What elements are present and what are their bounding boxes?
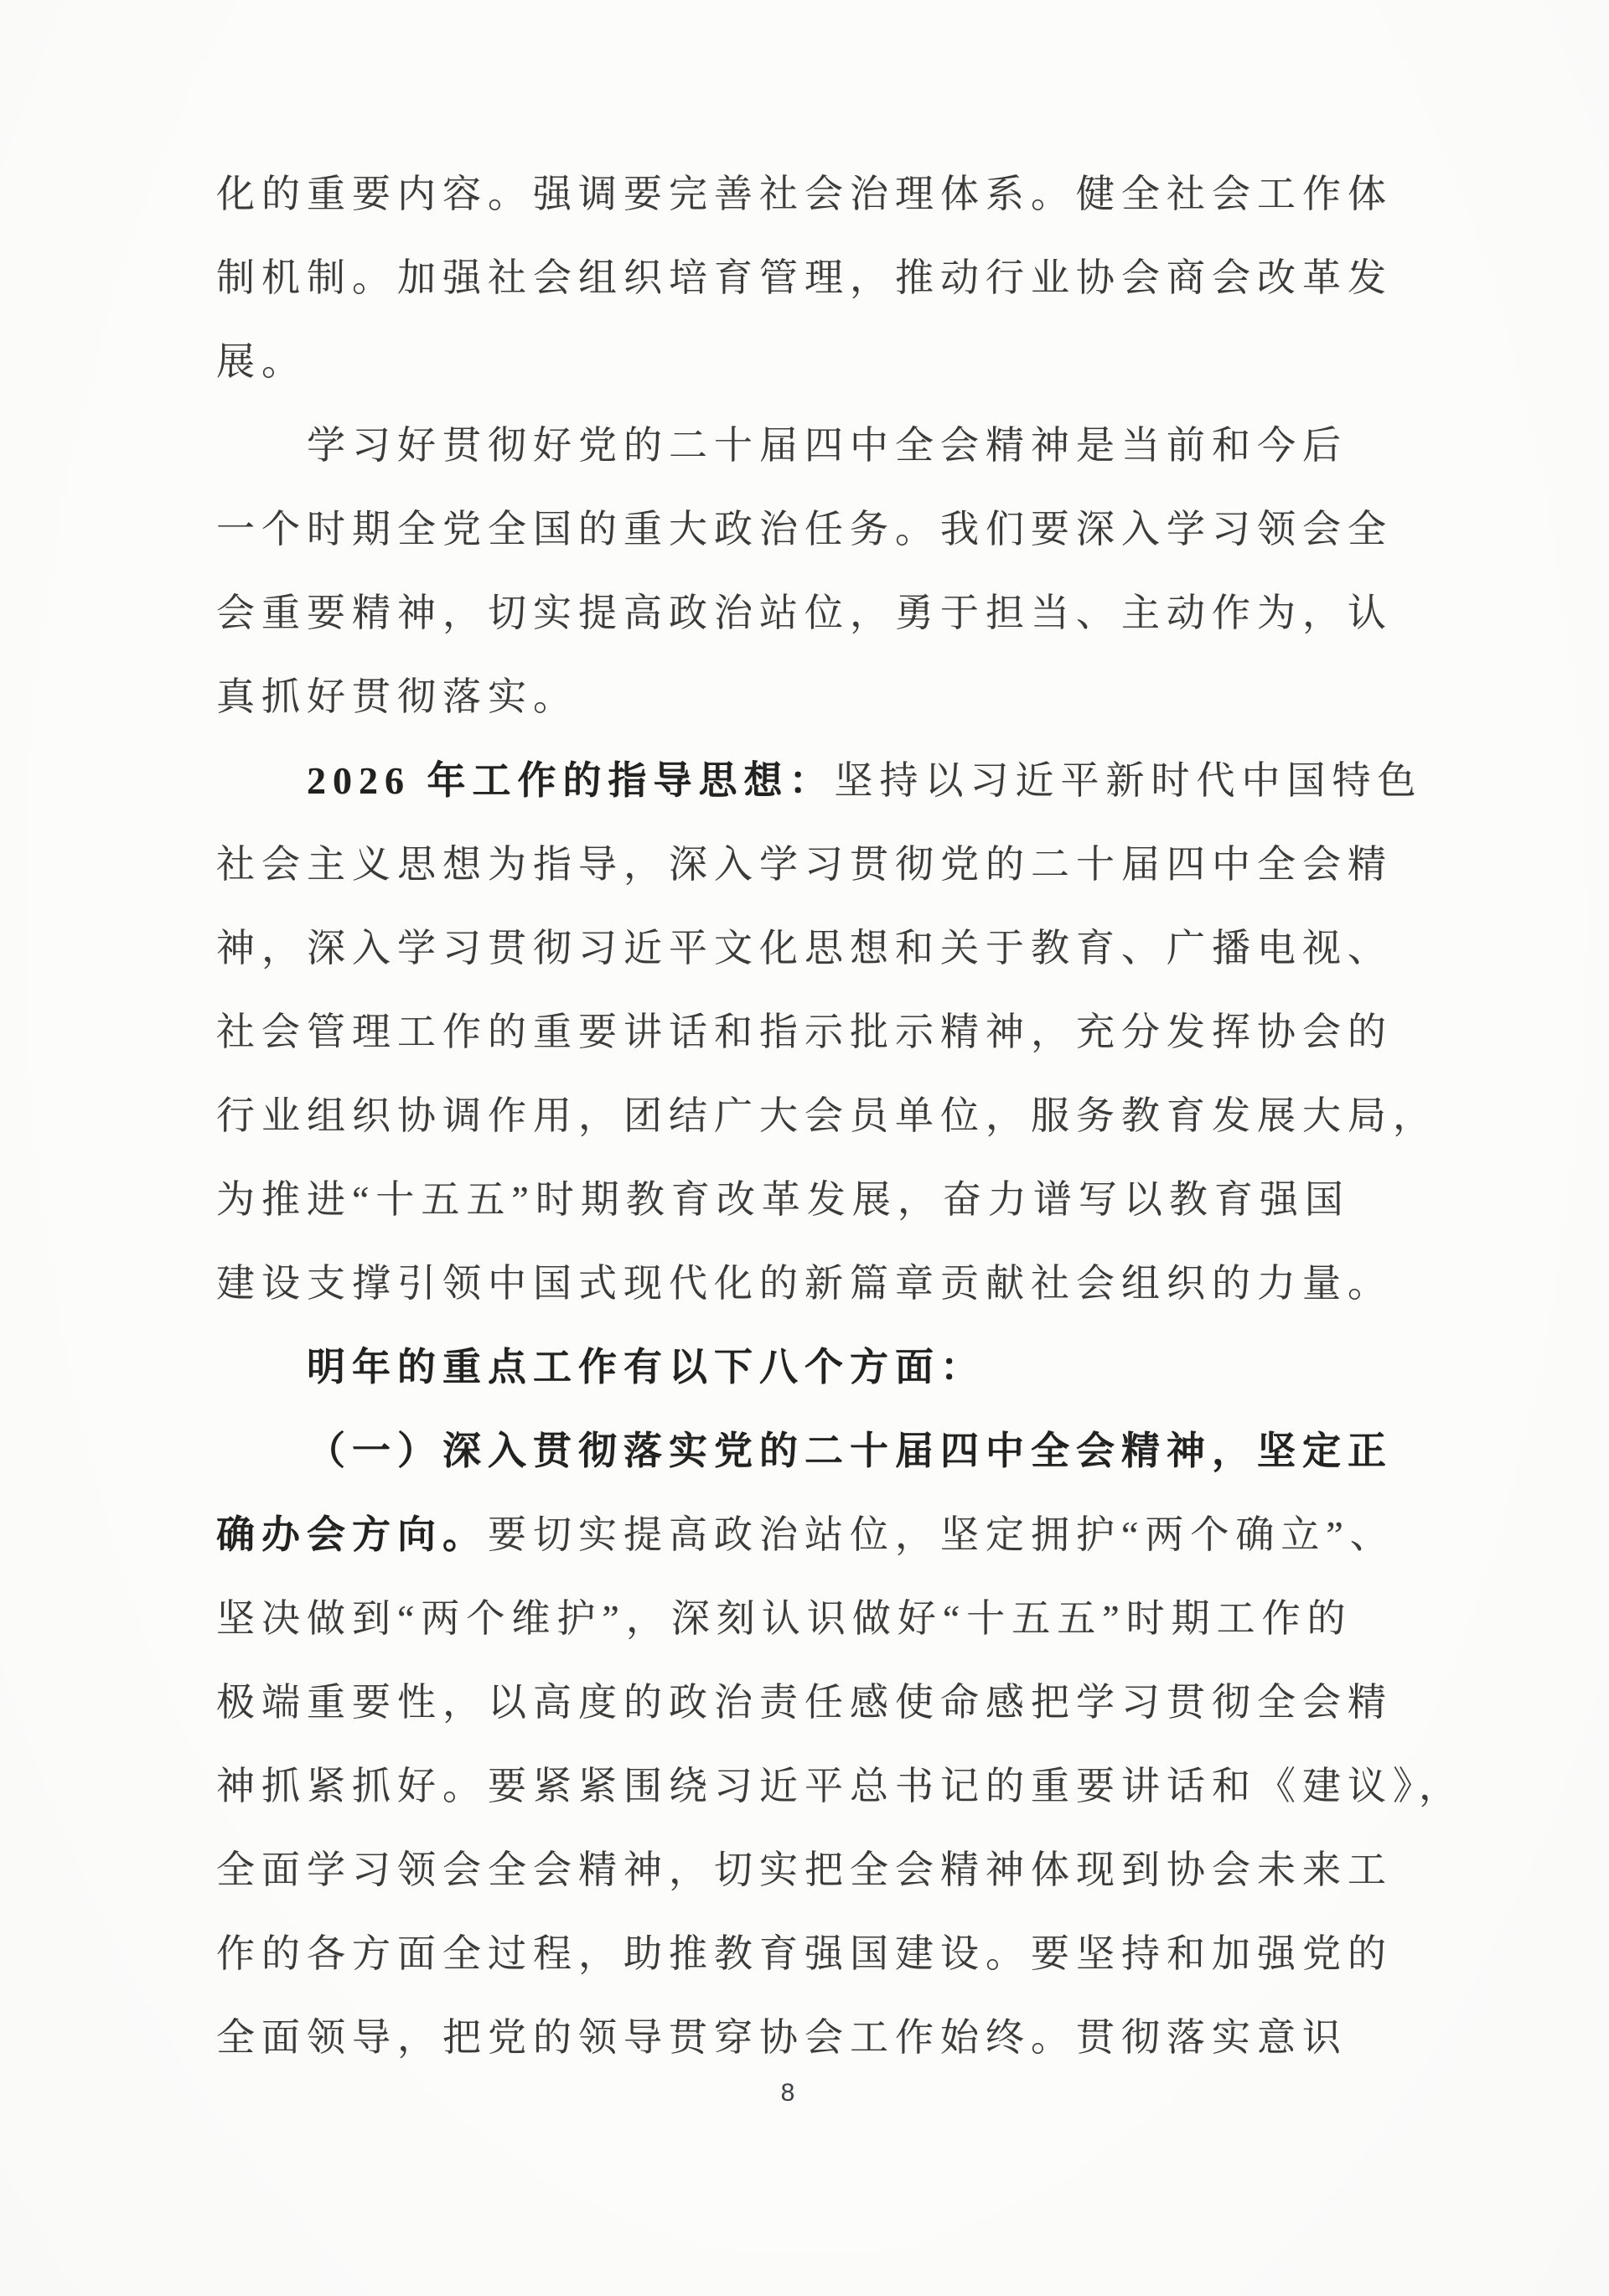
text-line: 展。 [216,320,1406,404]
text-line: 为推进“十五五”时期教育改革发展，奋力谱写以教育强国 [216,1158,1406,1242]
text-line: 一个时期全党全国的重大政治任务。我们要深入学习领会全 [216,488,1406,571]
text-line: 会重要精神，切实提高政治站位，勇于担当、主动作为，认 [216,571,1406,655]
regular-text: 坚持以习近平新时代中国特色 [835,759,1423,802]
text-line: 行业组织协调作用，团结广大会员单位，服务教育发展大局， [216,1074,1406,1158]
text-line: 明年的重点工作有以下八个方面： [216,1326,1406,1409]
regular-text: 为推进“十五五”时期教育改革发展，奋力谱写以教育强国 [216,1178,1350,1221]
regular-text: 社会主义思想为指导，深入学习贯彻党的二十届四中全会精 [216,843,1393,886]
regular-text: 坚决做到“两个维护”，深刻认识做好“十五五”时期工作的 [216,1597,1353,1640]
document-body: 化的重要内容。强调要完善社会治理体系。健全社会工作体 制机制。加强社会组织培育管… [216,153,1406,2080]
text-line: 建设支撑引领中国式现代化的新篇章贡献社会组织的力量。 [216,1242,1406,1326]
text-line: 化的重要内容。强调要完善社会治理体系。健全社会工作体 [216,153,1406,236]
regular-text: 全面领导，把党的领导贯穿协会工作始终。贯彻落实意识 [216,2016,1348,2059]
text-line: 2026 年工作的指导思想：坚持以习近平新时代中国特色 [216,739,1406,823]
text-line: 极端重要性，以高度的政治责任感使命感把学习贯彻全会精 [216,1661,1406,1745]
regular-text: 要切实提高政治站位，坚定拥护“两个确立”、 [488,1513,1395,1556]
regular-text: 学习好贯彻好党的二十届四中全会精神是当前和今后 [307,424,1348,467]
regular-text: 行业组织协调作用，团结广大会员单位，服务教育发展大局， [216,1094,1438,1137]
regular-text: 作的各方面全过程，助推教育强国建设。要坚持和加强党的 [216,1932,1393,1975]
text-line: 真抓好贯彻落实。 [216,655,1406,739]
regular-text: 神抓紧抓好。要紧紧围绕习近平总书记的重要讲话和《建议》， [216,1765,1464,1807]
text-line: 社会管理工作的重要讲话和指示批示精神，充分发挥协会的 [216,990,1406,1074]
regular-text: 全面学习领会全会精神，切实把全会精神体现到协会未来工 [216,1849,1393,1891]
regular-text: 极端重要性，以高度的政治责任感使命感把学习贯彻全会精 [216,1681,1393,1724]
regular-text: 展。 [216,340,307,383]
regular-text: 神，深入学习贯彻习近平文化思想和关于教育、广播电视、 [216,927,1393,970]
regular-text: 会重要精神，切实提高政治站位，勇于担当、主动作为，认 [216,592,1393,634]
text-line: 作的各方面全过程，助推教育强国建设。要坚持和加强党的 [216,1912,1406,1996]
text-line: 制机制。加强社会组织培育管理，推动行业协会商会改革发 [216,236,1406,320]
regular-text: 制机制。加强社会组织培育管理，推动行业协会商会改革发 [216,256,1393,299]
bold-text: 确办会方向。 [216,1513,488,1556]
text-line: （一）深入贯彻落实党的二十届四中全会精神，坚定正 [216,1409,1406,1493]
text-line: 神，深入学习贯彻习近平文化思想和关于教育、广播电视、 [216,907,1406,990]
text-line: 全面领导，把党的领导贯穿协会工作始终。贯彻落实意识 [216,1996,1406,2080]
document-page: 化的重要内容。强调要完善社会治理体系。健全社会工作体 制机制。加强社会组织培育管… [0,0,1609,2296]
regular-text: 建设支撑引领中国式现代化的新篇章贡献社会组织的力量。 [216,1262,1393,1305]
text-line: 神抓紧抓好。要紧紧围绕习近平总书记的重要讲话和《建议》， [216,1745,1406,1828]
regular-text: 一个时期全党全国的重大政治任务。我们要深入学习领会全 [216,508,1393,551]
regular-text: 化的重要内容。强调要完善社会治理体系。健全社会工作体 [216,173,1393,215]
regular-text: 真抓好贯彻落实。 [216,675,578,718]
text-line: 学习好贯彻好党的二十届四中全会精神是当前和今后 [216,404,1406,488]
bold-text: 2026 年工作的指导思想： [307,759,835,802]
text-line: 社会主义思想为指导，深入学习贯彻党的二十届四中全会精 [216,823,1406,907]
page-number: 8 [763,2076,813,2110]
text-line: 坚决做到“两个维护”，深刻认识做好“十五五”时期工作的 [216,1577,1406,1661]
bold-text: 明年的重点工作有以下八个方面： [307,1346,986,1388]
text-line: 全面学习领会全会精神，切实把全会精神体现到协会未来工 [216,1828,1406,1912]
regular-text: 社会管理工作的重要讲话和指示批示精神，充分发挥协会的 [216,1011,1393,1053]
bold-text: （一）深入贯彻落实党的二十届四中全会精神，坚定正 [307,1430,1393,1472]
text-line: 确办会方向。要切实提高政治站位，坚定拥护“两个确立”、 [216,1493,1406,1577]
